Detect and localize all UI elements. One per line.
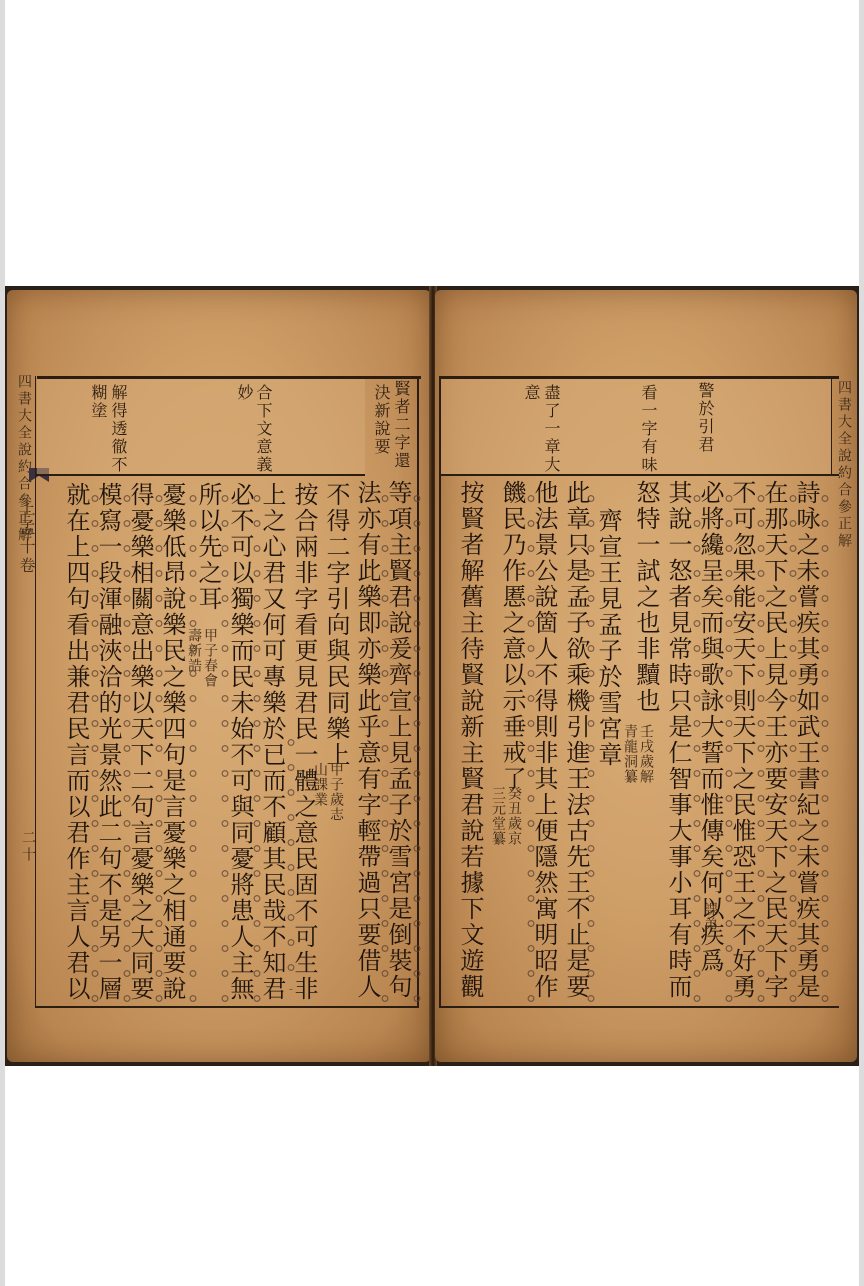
- emphasis-dots: [725, 486, 733, 1006]
- left-page: 四書大全說約合參正解 上孟十卷 二十 賢者二字還 決新說要 合下文意義 妙 解得…: [7, 290, 431, 1062]
- right-margin-title: 四書大全說約合參正解: [837, 380, 851, 550]
- emphasis-dots: [413, 486, 421, 1006]
- chapter-title: 齊宣王見孟子於雪宮章: [595, 508, 621, 768]
- text-column: 饑民乃作慝之意以示垂戒了: [499, 480, 525, 792]
- header-separator-line: [35, 474, 365, 476]
- headnote: 決新說要: [373, 384, 389, 456]
- headnote: 合下文意義: [255, 384, 271, 474]
- header-separator-line: [439, 474, 839, 476]
- text-column: 其說一怒者見常時只是仁智事大事小耳有時而: [665, 480, 691, 1000]
- text-column: 法亦有此樂即亦樂此乎意有字輕帶過只要借人: [354, 480, 380, 1000]
- book-scan-image: 四書大全說約合參正解 上孟十卷 二十 賢者二字還 決新說要 合下文意義 妙 解得…: [5, 286, 859, 1066]
- emphasis-dots: [587, 486, 595, 1006]
- emphasis-dots: [381, 486, 389, 1006]
- document-viewer: 四書大全說約合參正解 上孟十卷 二十 賢者二字還 決新說要 合下文意義 妙 解得…: [0, 0, 864, 1286]
- emphasis-dots: [789, 486, 797, 1006]
- headnote: 警於引君: [697, 382, 713, 454]
- emphasis-dots: [253, 486, 261, 1006]
- text-column: 上之心君又何可專樂於已而不顧其民哉不知君: [259, 482, 285, 1002]
- headnote: 看一字有味: [640, 384, 656, 474]
- source-note: 癸丑歲京: [507, 786, 521, 846]
- text-column: 所以先之耳: [195, 482, 221, 612]
- text-column: 怒特一試之也非黷也: [633, 480, 659, 714]
- viewer-right-border: [859, 0, 864, 1286]
- emphasis-dots: [821, 486, 829, 1006]
- emphasis-dots: [189, 486, 197, 1006]
- headnote-box: [37, 379, 365, 474]
- headnote: 意: [523, 384, 539, 402]
- emphasis-dots: [155, 486, 163, 1006]
- text-column: 此章只是孟子欲乘機引進王法古先王不止是要: [563, 480, 589, 1000]
- left-frame-line: [35, 376, 36, 1008]
- headnote: 妙: [236, 384, 252, 402]
- source-note: 甲子春會: [203, 628, 217, 688]
- bottom-frame-line: [35, 1006, 419, 1008]
- source-note: 青龍洞纂: [623, 724, 637, 784]
- left-margin-volume: 上孟十卷: [19, 500, 33, 576]
- right-page: 四書大全說約合參正解 警於引君 看一字有味 盡了一章大 意 詩咏之未嘗疾其勇如武…: [435, 290, 857, 1062]
- headnote: 盡了一章大: [543, 384, 559, 474]
- emphasis-dots: [287, 730, 295, 990]
- emphasis-dots: [123, 486, 131, 1006]
- right-frame-line: [831, 376, 832, 476]
- emphasis-dots: [527, 486, 535, 1006]
- source-note: 甲子歲志: [329, 762, 343, 822]
- emphasis-dots: [221, 486, 229, 1006]
- left-page-number: 二十: [21, 830, 35, 864]
- text-column: 必不可以獨樂而民未始不可與同憂將患人主無: [227, 482, 253, 1002]
- headnote: 糊塗: [90, 384, 106, 420]
- headnote: 賢者二字還: [393, 380, 409, 470]
- bottom-frame-line: [439, 1006, 839, 1008]
- text-column: 按賢者解舊主待賢說新主賢君說若據下文遊觀: [457, 480, 483, 1000]
- emphasis-dots: [91, 486, 99, 1006]
- emphasis-dots: [693, 486, 701, 1006]
- headnote: 解得透徹不: [110, 384, 126, 474]
- text-column: 不得二字引向與民同樂上: [323, 482, 349, 768]
- source-note: 三元堂纂: [491, 786, 505, 846]
- source-note: 課弟: [703, 902, 717, 932]
- text-column: 就在上四句看出兼君民言而以君作主言人君以: [63, 482, 89, 1002]
- source-note: 壬戌歲解: [639, 724, 653, 784]
- emphasis-dots: [757, 486, 765, 1006]
- headnote-box: [441, 379, 831, 474]
